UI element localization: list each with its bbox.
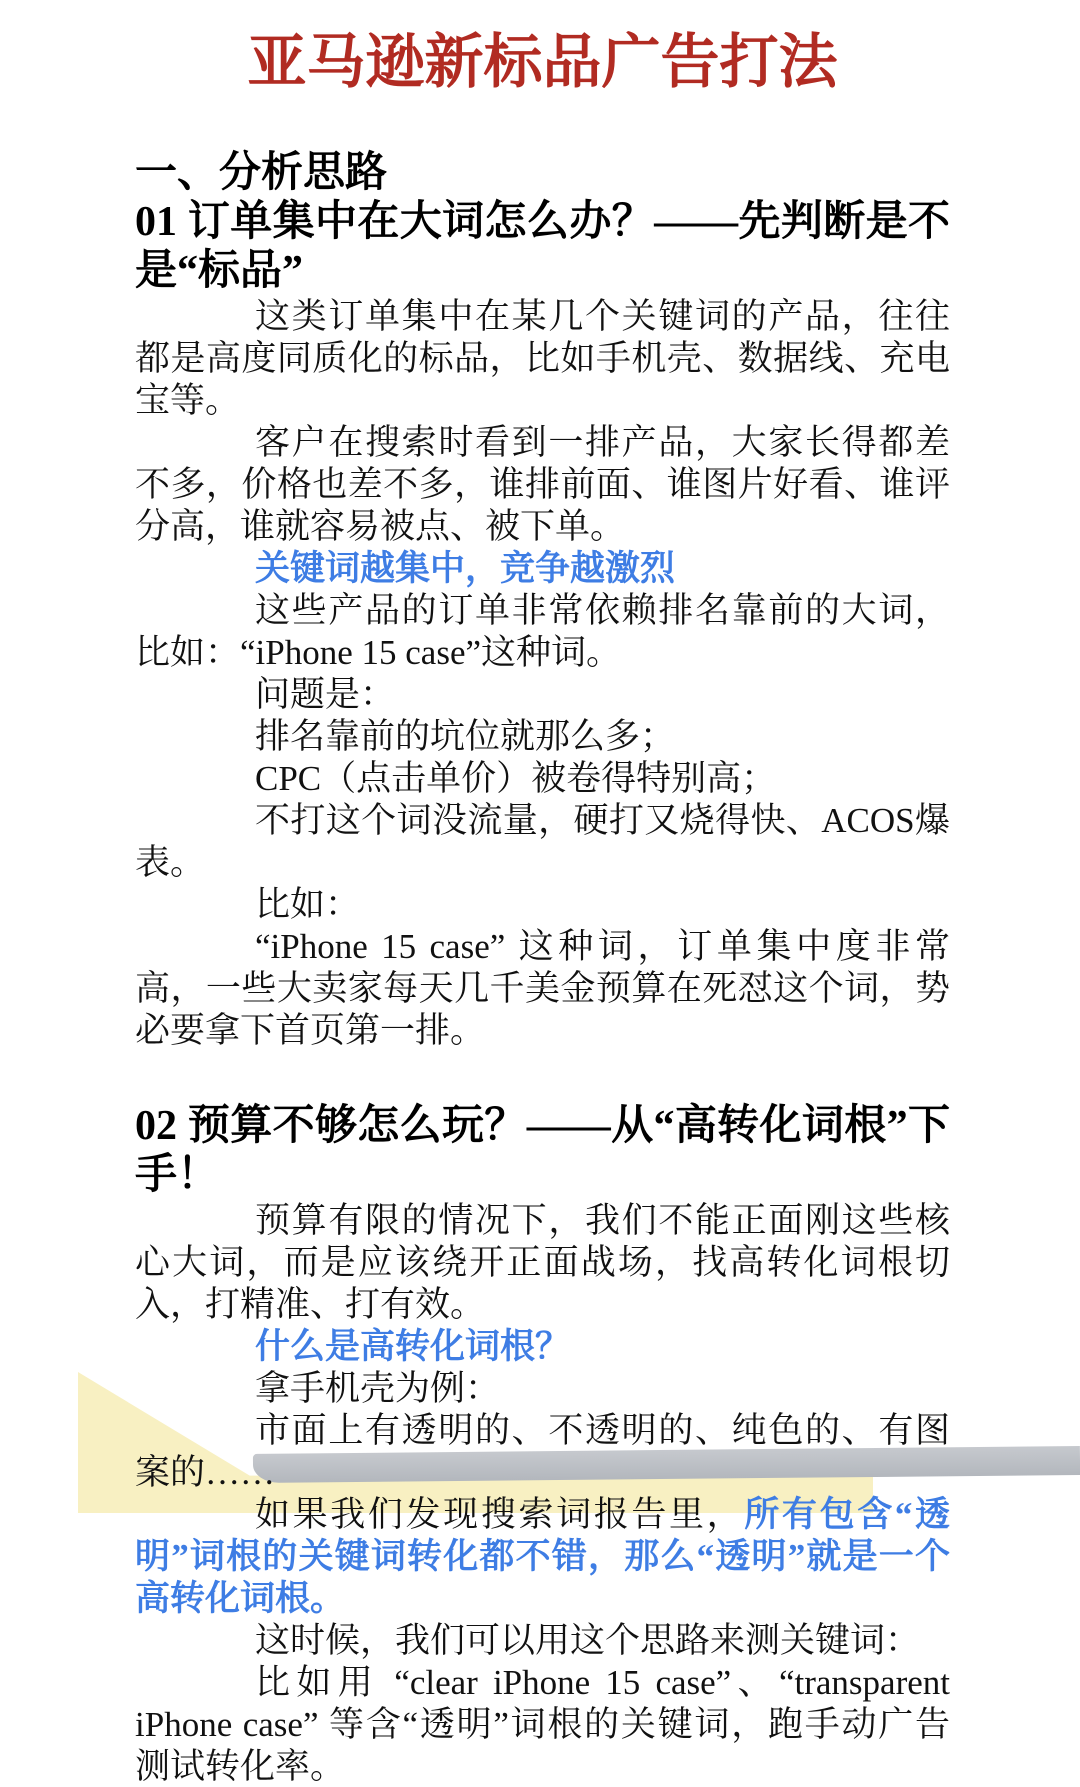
page-title: 亚马逊新标品广告打法 [135,30,950,94]
section2-paragraph-5: 这时候，我们可以用这个思路来测关键词： [135,1620,950,1662]
document-page: 亚马逊新标品广告打法 一、分析思路 01 订单集中在大词怎么办？——先判断是不是… [0,0,1080,1787]
section2-paragraph-1: 预算有限的情况下，我们不能正面刚这些核心大词，而是应该绕开正面战场，找高转化词根… [135,1200,950,1326]
section1-paragraph-4: 问题是： [135,674,950,716]
section2-callout-root-question: 什么是高转化词根？ [135,1326,950,1368]
section1-paragraph-9: “iPhone 15 case” 这种词，订单集中度非常高，一些大卖家每天几千美… [135,926,950,1052]
section2-paragraph-3: 市面上有透明的、不透明的、纯色的、有图案的…… [135,1410,950,1494]
section2-subheading: 02 预算不够怎么玩？——从“高转化词根”下手！ [135,1102,950,1200]
section1-heading: 一、分析思路 [135,148,950,198]
section2-paragraph-6: 比如用 “clear iPhone 15 case”、“transparent … [135,1662,950,1787]
section2-paragraph-2: 拿手机壳为例： [135,1368,950,1410]
section1-subheading: 01 订单集中在大词怎么办？——先判断是不是“标品” [135,198,950,296]
document-content: 亚马逊新标品广告打法 一、分析思路 01 订单集中在大词怎么办？——先判断是不是… [0,0,1080,1787]
section1-paragraph-3: 这些产品的订单非常依赖排名靠前的大词，比如：“iPhone 15 case”这种… [135,590,950,674]
section2-paragraph-4-mixed: 如果我们发现搜索词报告里，所有包含“透明”词根的关键词转化都不错，那么“透明”就… [135,1494,950,1620]
section1-paragraph-2: 客户在搜索时看到一排产品，大家长得都差不多，价格也差不多，谁排前面、谁图片好看、… [135,422,950,548]
section2-paragraph-4-black-part: 如果我们发现搜索词报告里， [255,1495,744,1534]
section1-paragraph-1: 这类订单集中在某几个关键词的产品，往往都是高度同质化的标品，比如手机壳、数据线、… [135,296,950,422]
section1-callout-keyword-concentration: 关键词越集中，竞争越激烈 [135,548,950,590]
section1-paragraph-8: 比如： [135,884,950,926]
section1-paragraph-7: 不打这个词没流量，硬打又烧得快、ACOS爆表。 [135,800,950,884]
section1-paragraph-5: 排名靠前的坑位就那么多； [135,716,950,758]
section1-paragraph-6: CPC（点击单价）被卷得特别高； [135,758,950,800]
